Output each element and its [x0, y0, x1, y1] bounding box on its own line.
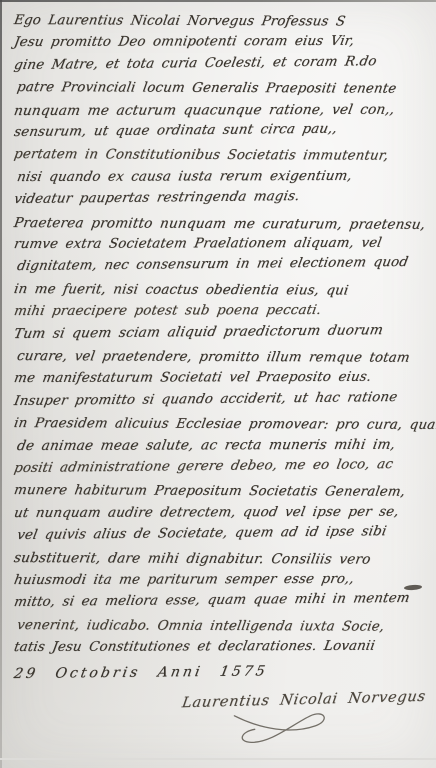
manuscript-line: gine Matre, et tota curia Coelesti, et c…	[12, 50, 429, 77]
manuscript-line: dignitatem, nec consensurum in mei elect…	[15, 252, 429, 279]
manuscript-page: Ego Laurentius Nicolai Norvegus Professu…	[0, 0, 436, 768]
manuscript-line: mitto, si ea meliora esse, quam quae mih…	[12, 588, 429, 615]
signature-flourish	[220, 706, 371, 746]
manuscript-line: vel quivis alius de Societate, quem ad i…	[15, 521, 429, 548]
page-edge-bottom	[0, 758, 436, 760]
manuscript-line: Tum si quem sciam aliquid praedictorum d…	[12, 319, 429, 346]
manuscript-line: videatur paupertas restringenda magis.	[12, 185, 429, 212]
manuscript-line: sensurum, ut quae ordinata sunt circa pa…	[12, 118, 429, 145]
manuscript-line: munere habiturum Praepositum Societatis …	[12, 480, 427, 504]
date-line: 29 Octobris Anni 1575	[12, 659, 429, 686]
manuscript-line: Insuper promitto si quando acciderit, ut…	[12, 386, 429, 413]
manuscript-line: patre Provinciali locum Generalis Praepo…	[15, 77, 427, 101]
signature-block: Laurentius Nicolai Norvegus	[182, 689, 426, 711]
manuscript-line: positi administratione gerere debeo, me …	[12, 453, 429, 480]
manuscript-line: tatis Jesu Constitutiones et declaration…	[12, 635, 428, 659]
page-edge-left	[0, 0, 2, 768]
page-edge-top	[0, 0, 436, 2]
manuscript-text: Ego Laurentius Nicolai Norvegus Professu…	[14, 10, 426, 708]
